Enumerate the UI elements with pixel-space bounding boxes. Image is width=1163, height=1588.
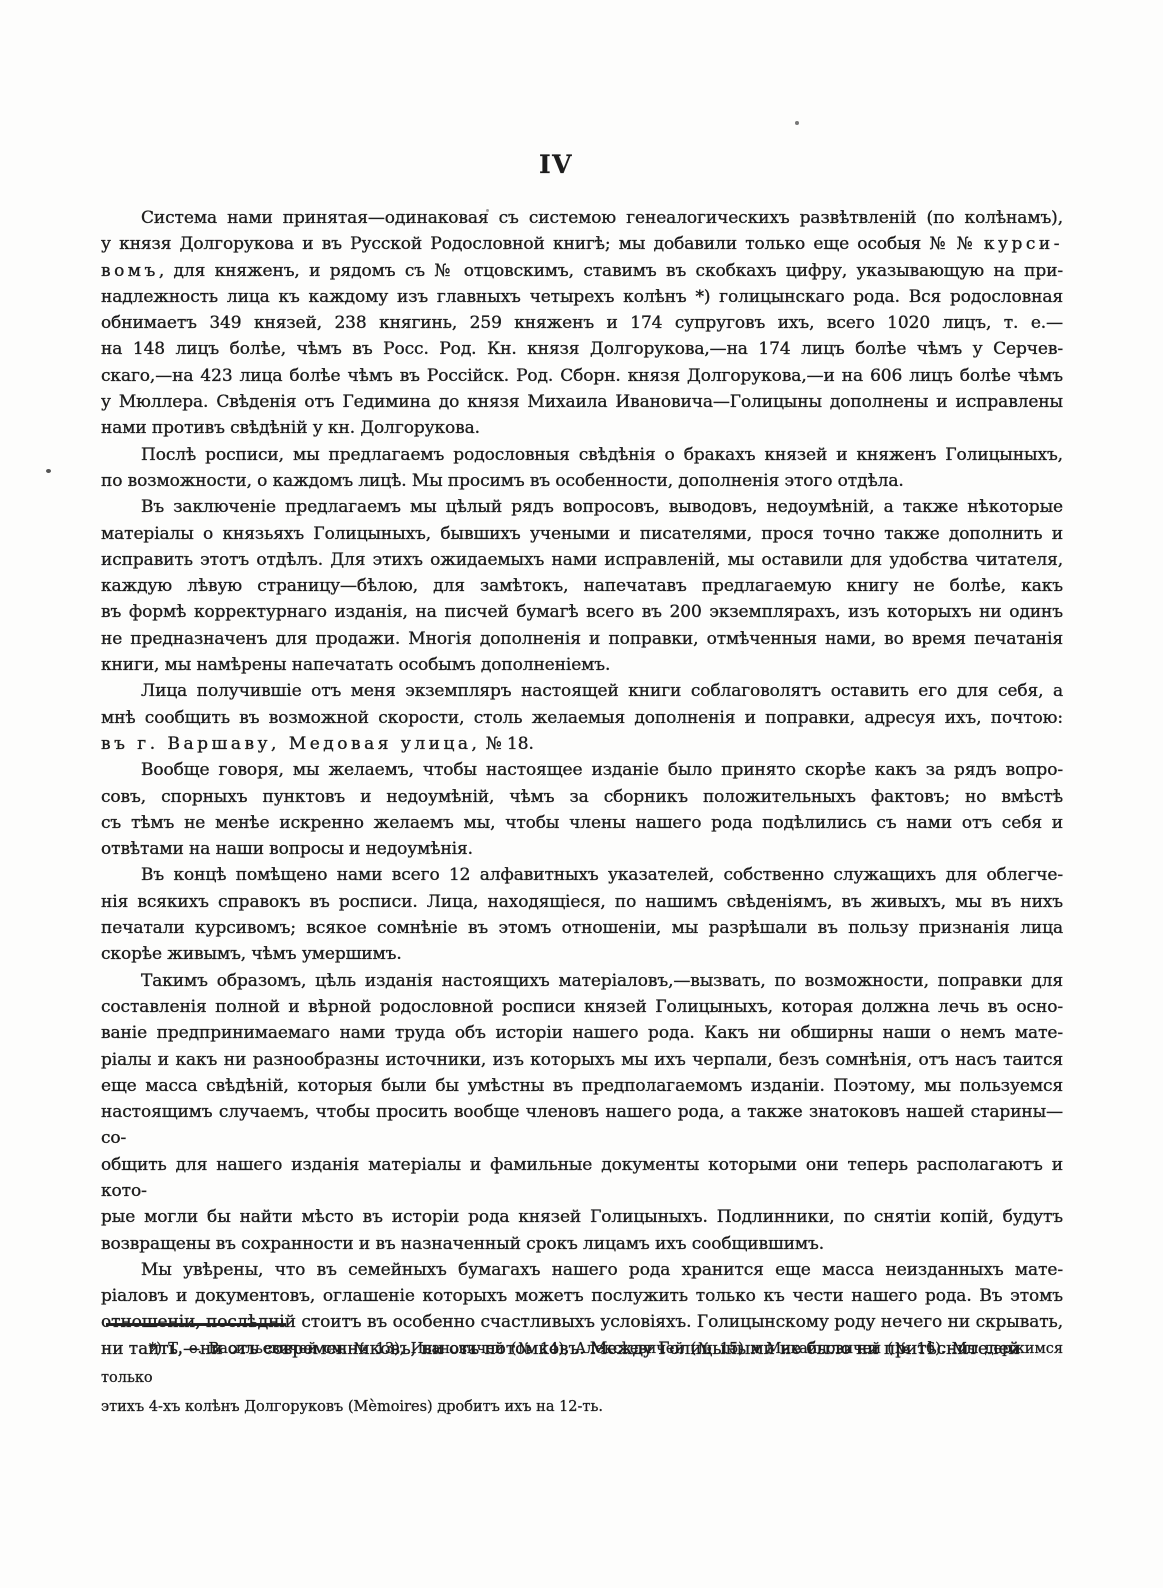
text-line: Въ заключеніе предлагаемъ мы цѣлый рядъ …	[101, 494, 1063, 520]
text-segment: Въ заключеніе предлагаемъ мы цѣлый рядъ …	[141, 497, 1063, 517]
text-line: книги, мы намѣрены напечатать особымъ до…	[101, 652, 1063, 678]
text-line: составленія полной и вѣрной родословной …	[101, 994, 1063, 1020]
body-text: Система нами принятая—одинаковая съ сист…	[101, 205, 1063, 1362]
text-segment: матеріалы о князьяхъ Голицыныхъ, бывшихъ…	[101, 524, 1063, 544]
text-line: въ формѣ корректурнаго изданія, на писче…	[101, 599, 1063, 625]
text-line: еще масса свѣдѣній, которыя были бы умѣс…	[101, 1073, 1063, 1099]
text-segment: еще масса свѣдѣній, которыя были бы умѣс…	[101, 1076, 1063, 1096]
letterspaced-emphasis: курси-	[984, 234, 1063, 254]
text-segment: возвращены въ сохранности и въ назначенн…	[101, 1234, 824, 1254]
text-segment: Лица получившіе отъ меня экземпляръ наст…	[141, 681, 1063, 701]
footnote-text: *) Т. е. Васильевичей см. № 13), Иванови…	[101, 1335, 1063, 1422]
text-line: общить для нашего изданія матеріалы и фа…	[101, 1152, 1063, 1205]
text-line: въ г. Варшаву, Медовая улица, № 18.	[101, 731, 1063, 757]
text-segment: Такимъ образомъ, цѣль изданія настоящихъ…	[141, 971, 1063, 991]
text-segment: скаго,—на 423 лица болѣе чѣмъ въ Россійс…	[101, 366, 1063, 386]
text-line: Лица получившіе отъ меня экземпляръ наст…	[101, 678, 1063, 704]
text-segment: этихъ 4-хъ колѣнъ Долгоруковъ (Mèmoires)…	[101, 1399, 603, 1415]
text-segment: отвѣтами на наши вопросы и недоумѣнія.	[101, 839, 473, 859]
text-line: этихъ 4-хъ колѣнъ Долгоруковъ (Mèmoires)…	[101, 1393, 1063, 1422]
letterspaced-emphasis: въ г. Варшаву, Медовая улица,	[101, 734, 480, 754]
text-line: у князя Долгорукова и въ Русской Родосло…	[101, 231, 1063, 257]
text-line: мнѣ сообщить въ возможной скорости, стол…	[101, 705, 1063, 731]
scan-speck	[486, 209, 489, 212]
text-line: съ тѣмъ не менѣе искренно желаемъ мы, чт…	[101, 810, 1063, 836]
text-segment: Въ концѣ помѣщено нами всего 12 алфавитн…	[141, 865, 1063, 885]
text-line: ваніе предпринимаемаго нами труда объ ис…	[101, 1020, 1063, 1046]
text-segment: на 148 лицъ болѣе, чѣмъ въ Росс. Род. Кн…	[101, 339, 1063, 359]
text-segment: исправить этотъ отдѣлъ. Для этихъ ожидае…	[101, 550, 1063, 570]
paragraph: Вообще говоря, мы желаемъ, чтобы настоящ…	[101, 757, 1063, 862]
text-segment: въ формѣ корректурнаго изданія, на писче…	[101, 602, 1063, 622]
text-line: рые могли бы найти мѣсто въ исторіи рода…	[101, 1204, 1063, 1230]
text-segment: у Мюллера. Свѣденія отъ Гедимина до княз…	[101, 392, 1063, 412]
text-line: печатали курсивомъ; всякое сомнѣніе въ э…	[101, 915, 1063, 941]
text-line: обнимаетъ 349 князей, 238 княгинь, 259 к…	[101, 310, 1063, 336]
text-segment: , для княженъ, и рядомъ съ № отцовскимъ,…	[159, 261, 1063, 281]
text-segment: *) Т. е. Васильевичей см. № 13), Иванови…	[101, 1341, 1063, 1386]
text-segment: ваніе предпринимаемаго нами труда объ ис…	[101, 1023, 1063, 1043]
text-segment: Система нами принятая—одинаковая съ сист…	[141, 208, 1063, 228]
text-segment: каждую лѣвую страницу—бѣлою, для замѣток…	[101, 576, 1063, 596]
paragraph: Послѣ росписи, мы предлагаемъ родословны…	[101, 442, 1063, 495]
text-line: надлежность лица къ каждому изъ главныхъ…	[101, 284, 1063, 310]
text-line: у Мюллера. Свѣденія отъ Гедимина до княз…	[101, 389, 1063, 415]
text-line: Послѣ росписи, мы предлагаемъ родословны…	[101, 442, 1063, 468]
text-line: вомъ, для княженъ, и рядомъ съ № отцовск…	[101, 258, 1063, 284]
text-line: Мы увѣрены, что въ семейныхъ бумагахъ на…	[101, 1257, 1063, 1283]
text-segment: скорѣе живымъ, чѣмъ умершимъ.	[101, 944, 402, 964]
text-line: ріаловъ и документовъ, оглашеніе которых…	[101, 1283, 1063, 1309]
page-number-heading: IV	[450, 150, 662, 179]
text-segment: мнѣ сообщить въ возможной скорости, стол…	[101, 708, 1063, 728]
text-line: *) Т. е. Васильевичей см. № 13), Иванови…	[101, 1335, 1063, 1393]
text-segment: нами противъ свѣдѣній у кн. Долгорукова.	[101, 418, 480, 438]
text-segment: ріаловъ и документовъ, оглашеніе которых…	[101, 1286, 1063, 1306]
text-segment: не предназначенъ для продажи. Многія доп…	[101, 629, 1063, 649]
text-segment: рые могли бы найти мѣсто въ исторіи рода…	[101, 1207, 1063, 1227]
scan-speck	[46, 469, 51, 473]
paragraph: Лица получившіе отъ меня экземпляръ наст…	[101, 678, 1063, 757]
paragraph: Система нами принятая—одинаковая съ сист…	[101, 205, 1063, 442]
text-segment: Послѣ росписи, мы предлагаемъ родословны…	[141, 445, 1063, 465]
text-line: каждую лѣвую страницу—бѣлою, для замѣток…	[101, 573, 1063, 599]
paragraph: Въ заключеніе предлагаемъ мы цѣлый рядъ …	[101, 494, 1063, 678]
text-line: матеріалы о князьяхъ Голицыныхъ, бывшихъ…	[101, 521, 1063, 547]
text-line: на 148 лицъ болѣе, чѣмъ въ Росс. Род. Кн…	[101, 336, 1063, 362]
text-segment: книги, мы намѣрены напечатать особымъ до…	[101, 655, 610, 675]
text-line: нами противъ свѣдѣній у кн. Долгорукова.	[101, 415, 1063, 441]
text-line: возвращены въ сохранности и въ назначенн…	[101, 1231, 1063, 1257]
text-line: отвѣтами на наши вопросы и недоумѣнія.	[101, 836, 1063, 862]
text-segment: надлежность лица къ каждому изъ главныхъ…	[101, 287, 1063, 307]
footnote-rule	[106, 1323, 286, 1326]
text-segment: общить для нашего изданія матеріалы и фа…	[101, 1155, 1063, 1201]
text-segment: Вообще говоря, мы желаемъ, чтобы настоящ…	[141, 760, 1063, 780]
text-line: Такимъ образомъ, цѣль изданія настоящихъ…	[101, 968, 1063, 994]
text-line: по возможности, о каждомъ лицѣ. Мы проси…	[101, 468, 1063, 494]
text-line: ріалы и какъ ни разнообразны источники, …	[101, 1047, 1063, 1073]
text-segment: нія всякихъ справокъ въ росписи. Лица, н…	[101, 892, 1063, 912]
text-segment: совъ, спорныхъ пунктовъ и недоумѣній, чѣ…	[101, 787, 1063, 807]
text-line: Система нами принятая—одинаковая съ сист…	[101, 205, 1063, 231]
scan-speck	[795, 121, 799, 125]
paragraph: Въ концѣ помѣщено нами всего 12 алфавитн…	[101, 862, 1063, 967]
text-line: Вообще говоря, мы желаемъ, чтобы настоящ…	[101, 757, 1063, 783]
text-line: не предназначенъ для продажи. Многія доп…	[101, 626, 1063, 652]
text-line: исправить этотъ отдѣлъ. Для этихъ ожидае…	[101, 547, 1063, 573]
text-segment: Мы увѣрены, что въ семейныхъ бумагахъ на…	[141, 1260, 1063, 1280]
text-segment: обнимаетъ 349 князей, 238 княгинь, 259 к…	[101, 313, 1063, 333]
text-line: скорѣе живымъ, чѣмъ умершимъ.	[101, 941, 1063, 967]
text-line: совъ, спорныхъ пунктовъ и недоумѣній, чѣ…	[101, 784, 1063, 810]
text-segment: по возможности, о каждомъ лицѣ. Мы проси…	[101, 471, 904, 491]
text-segment: печатали курсивомъ; всякое сомнѣніе въ э…	[101, 918, 1063, 938]
text-line: нія всякихъ справокъ въ росписи. Лица, н…	[101, 889, 1063, 915]
paragraph: Такимъ образомъ, цѣль изданія настоящихъ…	[101, 968, 1063, 1257]
letterspaced-emphasis: вомъ	[101, 261, 159, 281]
text-segment: съ тѣмъ не менѣе искренно желаемъ мы, чт…	[101, 813, 1063, 833]
text-segment: у князя Долгорукова и въ Русской Родосло…	[101, 234, 984, 254]
text-line: настоящимъ случаемъ, чтобы просить вообщ…	[101, 1099, 1063, 1152]
text-segment: настоящимъ случаемъ, чтобы просить вообщ…	[101, 1102, 1063, 1148]
scan-page: IV Система нами принятая—одинаковая съ с…	[0, 0, 1163, 1588]
text-segment: составленія полной и вѣрной родословной …	[101, 997, 1063, 1017]
text-segment: № 18.	[480, 734, 533, 754]
text-line: скаго,—на 423 лица болѣе чѣмъ въ Россійс…	[101, 363, 1063, 389]
text-segment: ріалы и какъ ни разнообразны источники, …	[101, 1050, 1063, 1070]
text-line: Въ концѣ помѣщено нами всего 12 алфавитн…	[101, 862, 1063, 888]
